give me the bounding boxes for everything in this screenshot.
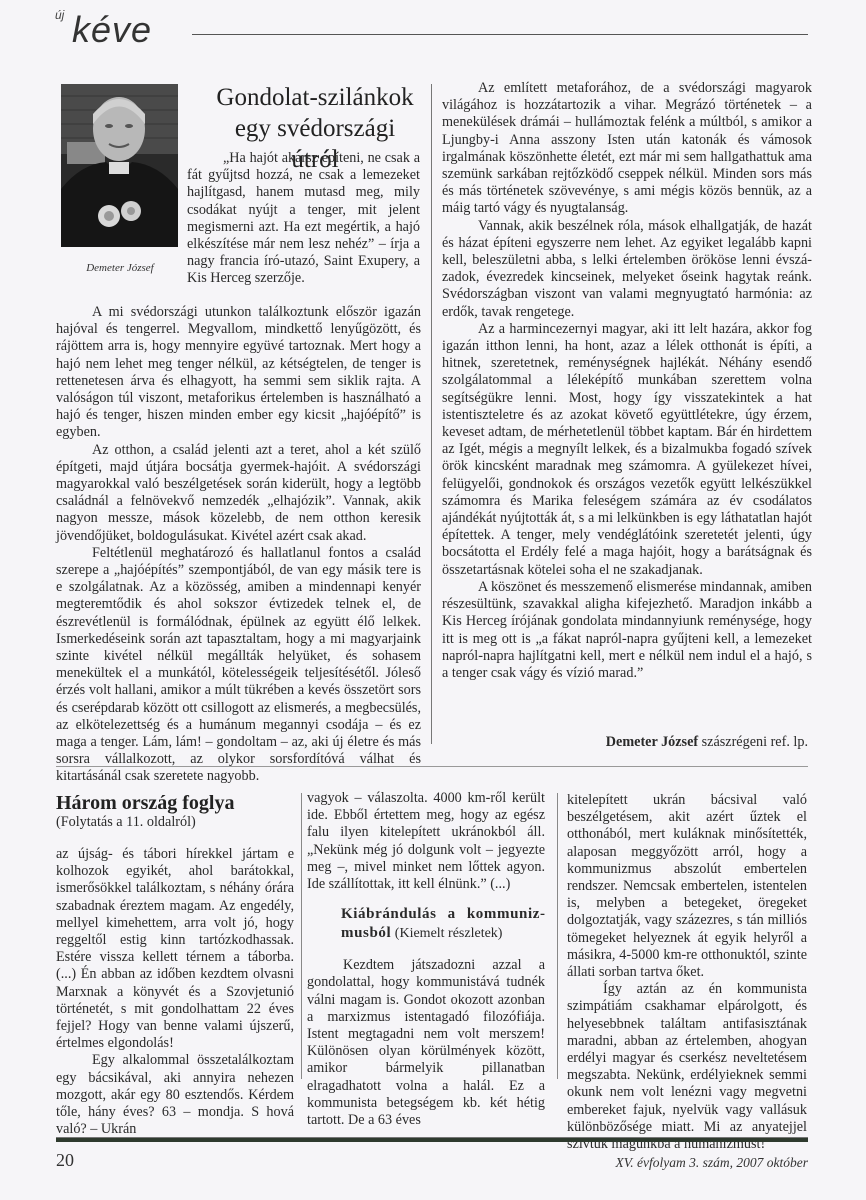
article-intro: „Ha hajót akarsz építeni, ne csak a fát … [187,150,420,288]
paragraph: Az említett metaforához, de a svédország… [442,80,812,218]
paragraph: az újság- és tábori hírekkel jártam e ko… [56,846,294,1052]
intro-paragraph: „Ha hajót akarsz építeni, ne csak a fát … [187,150,420,288]
paragraph: vagyok – válaszolta. 4000 km-ről került … [307,790,545,893]
paragraph: A mi svédországi utunkon találkoz­tunk e… [56,304,421,442]
article-right-column: Az említett metaforához, de a svédország… [442,80,812,682]
author-photo [61,84,178,247]
column-divider [301,793,302,1079]
header-rule [192,34,808,35]
article-left-column: A mi svédországi utunkon találkoz­tunk e… [56,304,421,786]
footer-rule [56,1137,808,1142]
column-divider [431,84,432,744]
paragraph: Feltétlenül meghatározó és hallatlanul f… [56,545,421,786]
signature-name: Demeter József [606,734,698,750]
portrait-icon [61,84,178,247]
paragraph: Egy alkalommal összetalálkoztam egy bács… [56,1052,294,1138]
subheading-note: (Kiemelt részletek) [391,926,502,941]
subheading: Kiábrándulás a kommuniz­musból (Kiemelt … [307,905,545,943]
second-article-col3: kitelepített ukrán bácsival való beszélg… [567,792,807,1153]
second-article-col1: Három ország foglya (Folytatás a 11. old… [56,792,294,1138]
continuation-note: (Folytatás a 11. oldalról) [56,814,294,831]
signature-role: szászrégeni ref. lp. [698,734,808,750]
column-divider [557,793,558,1079]
page-number: 20 [56,1150,74,1171]
masthead-title: kéve [72,12,152,48]
second-article-title: Három ország foglya [56,792,294,814]
paragraph: Így aztán az én kommunista szimpátiám cs… [567,981,807,1153]
article-signature: Demeter József szászrégeni ref. lp. [442,734,808,751]
issue-info: XV. évfolyam 3. szám, 2007 október [560,1155,808,1171]
paragraph: A köszönet és messzemenő elismerése mind… [442,579,812,682]
paragraph: Kezdtem játszadozni azzal a gondolat­tal… [307,957,545,1129]
masthead-prefix: új [55,8,64,22]
second-article-col2: vagyok – válaszolta. 4000 km-ről került … [307,790,545,1129]
paragraph: Az a harmincezernyi magyar, aki itt lelt… [442,321,812,579]
paragraph: kitelepített ukrán bácsival való beszélg… [567,792,807,981]
section-divider [56,766,808,767]
paragraph: Vannak, akik beszélnek róla, mások elhal… [442,218,812,321]
paragraph: Az otthon, a család jelenti azt a teret,… [56,442,421,545]
article-title-line1: Gondolat-szilánkok [210,82,420,113]
photo-caption: Demeter József [60,262,180,274]
